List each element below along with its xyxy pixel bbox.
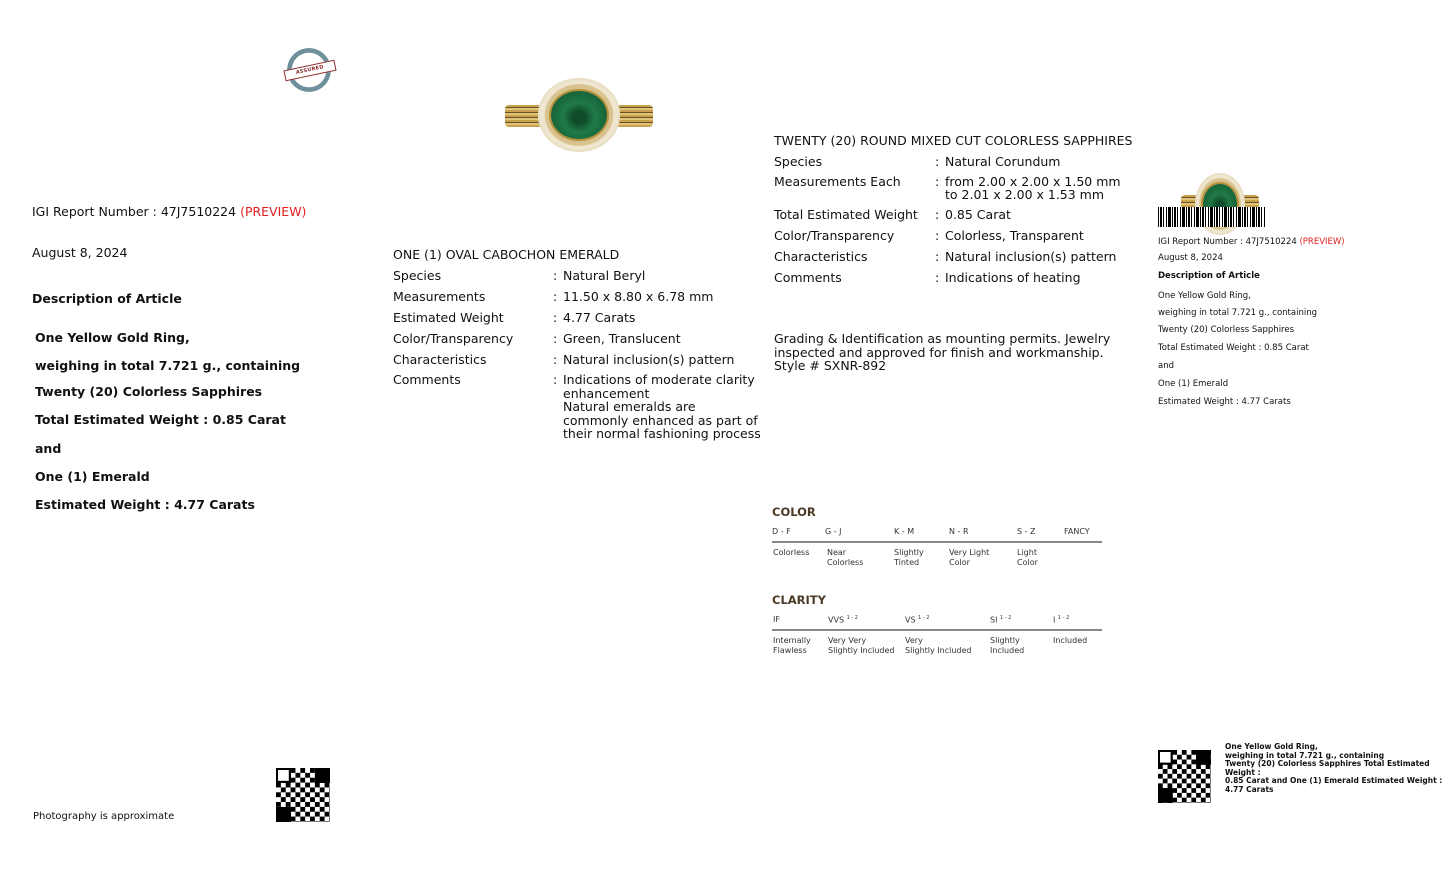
spec-value: Natural inclusion(s) pattern xyxy=(945,249,1116,264)
spec-label: Comments xyxy=(774,270,935,285)
spec-row: Characteristics:Natural inclusion(s) pat… xyxy=(774,249,1132,264)
spec-value: Green, Translucent xyxy=(563,331,681,346)
spec-value: Indications of moderate clarity enhancem… xyxy=(563,373,761,441)
desc-line: One (1) Emerald xyxy=(35,469,150,484)
grading-note: Grading & Identification as mounting per… xyxy=(774,332,1110,373)
spec-label: Measurements Each xyxy=(774,175,935,201)
color-grade: FANCY xyxy=(1064,527,1090,536)
spec-label: Characteristics xyxy=(393,352,553,367)
spec-row: Total Estimated Weight:0.85 Carat xyxy=(774,207,1132,222)
desc-line: weighing in total 7.721 g., containing xyxy=(35,358,300,373)
clarity-scale: CLARITY IF VVS 1 - 2 VS 1 - 2 SI 1 - 2 I… xyxy=(772,593,1102,662)
spec-value: Natural inclusion(s) pattern xyxy=(563,352,734,367)
color-grade: G - J xyxy=(825,527,842,536)
summary-line: weighing in total 7.721 g., containing xyxy=(1158,308,1317,318)
qr-code-icon xyxy=(276,768,330,822)
spec-value: Indications of heating xyxy=(945,270,1081,285)
spec-label: Characteristics xyxy=(774,249,935,264)
spec-label: Color/Transparency xyxy=(393,331,553,346)
clarity-scale-heading: CLARITY xyxy=(772,593,1102,607)
spec-row: Color/Transparency:Green, Translucent xyxy=(393,331,761,346)
spec-value: Natural Corundum xyxy=(945,154,1060,169)
clarity-desc: Very Slightly Included xyxy=(905,636,972,656)
clarity-descriptions: Internally Flawless Very Very Slightly I… xyxy=(772,636,1102,662)
emerald-title: ONE (1) OVAL CABOCHON EMERALD xyxy=(393,247,761,262)
desc-line: One Yellow Gold Ring, xyxy=(35,330,190,345)
spec-label: Estimated Weight xyxy=(393,310,553,325)
spec-label: Color/Transparency xyxy=(774,228,935,243)
emerald-stone xyxy=(551,91,607,140)
desc-line: Total Estimated Weight : 0.85 Carat xyxy=(35,412,286,427)
spec-value: 0.85 Carat xyxy=(945,207,1011,222)
color-grades: D - F G - J K - M N - R S - Z FANCY xyxy=(772,527,1102,543)
color-grade: N - R xyxy=(949,527,969,536)
spec-row: Comments:Indications of moderate clarity… xyxy=(393,373,761,441)
summary-qr-code-icon xyxy=(1158,750,1211,803)
summary-line: and xyxy=(1158,361,1174,371)
retail-assured-quality-seal: ASSURED xyxy=(287,48,331,92)
spec-row: Species:Natural Beryl xyxy=(393,268,761,283)
color-desc: Very Light Color xyxy=(949,548,989,568)
color-scale: COLOR D - F G - J K - M N - R S - Z FANC… xyxy=(772,505,1102,574)
summary-date: August 8, 2024 xyxy=(1158,253,1223,263)
color-desc: Colorless xyxy=(773,548,809,558)
spec-row: Comments:Indications of heating xyxy=(774,270,1132,285)
summary-preview-badge: (PREVIEW) xyxy=(1299,237,1344,247)
color-desc: Light Color xyxy=(1017,548,1038,568)
spec-row: Species:Natural Corundum xyxy=(774,154,1132,169)
summary-line: Estimated Weight : 4.77 Carats xyxy=(1158,397,1291,407)
summary-line: Twenty (20) Colorless Sapphires xyxy=(1158,325,1294,335)
summary-report-label: IGI Report Number : 47J7510224 xyxy=(1158,237,1297,247)
clarity-grade: VVS 1 - 2 xyxy=(828,615,858,625)
spec-row: Measurements:11.50 x 8.80 x 6.78 mm xyxy=(393,289,761,304)
clarity-grade: SI 1 - 2 xyxy=(990,615,1011,625)
spec-value: from 2.00 x 2.00 x 1.50 mm to 2.01 x 2.0… xyxy=(945,175,1121,201)
clarity-desc: Internally Flawless xyxy=(773,636,811,656)
clarity-grade: VS 1 - 2 xyxy=(905,615,929,625)
color-scale-heading: COLOR xyxy=(772,505,1102,519)
clarity-desc: Slightly Included xyxy=(990,636,1024,656)
summary-line: Total Estimated Weight : 0.85 Carat xyxy=(1158,343,1309,353)
spec-row: Measurements Each:from 2.00 x 2.00 x 1.5… xyxy=(774,175,1132,201)
spec-value: 11.50 x 8.80 x 6.78 mm xyxy=(563,289,713,304)
spec-label: Species xyxy=(393,268,553,283)
description-heading: Description of Article xyxy=(32,291,182,306)
summary-line: One Yellow Gold Ring, xyxy=(1158,291,1251,301)
photo-note: Photography is approximate xyxy=(33,811,174,822)
clarity-desc: Very Very Slightly Included xyxy=(828,636,895,656)
clarity-grade: I 1 - 2 xyxy=(1053,615,1069,625)
color-grade: S - Z xyxy=(1017,527,1036,536)
spec-row: Estimated Weight:4.77 Carats xyxy=(393,310,761,325)
sapphire-title: TWENTY (20) ROUND MIXED CUT COLORLESS SA… xyxy=(774,133,1132,148)
report-date: August 8, 2024 xyxy=(32,245,127,260)
spec-label: Species xyxy=(774,154,935,169)
emerald-spec-table: ONE (1) OVAL CABOCHON EMERALD Species:Na… xyxy=(393,247,761,447)
spec-value: Colorless, Transparent xyxy=(945,228,1084,243)
report-number-label: IGI Report Number : 47J7510224 xyxy=(32,204,236,219)
clarity-grades: IF VVS 1 - 2 VS 1 - 2 SI 1 - 2 I 1 - 2 xyxy=(772,615,1102,631)
summary-report-number: IGI Report Number : 47J7510224 (PREVIEW) xyxy=(1158,237,1345,247)
spec-label: Total Estimated Weight xyxy=(774,207,935,222)
preview-badge: (PREVIEW) xyxy=(240,204,306,219)
summary-qr-caption: One Yellow Gold Ring, weighing in total … xyxy=(1225,743,1445,794)
color-grade: D - F xyxy=(772,527,791,536)
summary-line: One (1) Emerald xyxy=(1158,379,1228,389)
desc-line: Twenty (20) Colorless Sapphires xyxy=(35,384,262,399)
clarity-grade: IF xyxy=(773,615,780,624)
sapphire-spec-table: TWENTY (20) ROUND MIXED CUT COLORLESS SA… xyxy=(774,133,1132,291)
barcode-icon xyxy=(1158,207,1266,227)
ring-photo xyxy=(505,78,653,152)
color-descriptions: Colorless Near Colorless Slightly Tinted… xyxy=(772,548,1102,574)
color-grade: K - M xyxy=(894,527,914,536)
color-desc: Slightly Tinted xyxy=(894,548,924,568)
seal-band: ASSURED xyxy=(283,60,336,82)
color-desc: Near Colorless xyxy=(827,548,863,568)
desc-line: Estimated Weight : 4.77 Carats xyxy=(35,497,255,512)
clarity-desc: Included xyxy=(1053,636,1087,646)
summary-heading: Description of Article xyxy=(1158,271,1260,281)
spec-label: Measurements xyxy=(393,289,553,304)
spec-value: Natural Beryl xyxy=(563,268,645,283)
desc-line: and xyxy=(35,441,61,456)
spec-label: Comments xyxy=(393,373,553,441)
report-number: IGI Report Number : 47J7510224 (PREVIEW) xyxy=(32,204,306,219)
spec-row: Characteristics:Natural inclusion(s) pat… xyxy=(393,352,761,367)
spec-row: Color/Transparency:Colorless, Transparen… xyxy=(774,228,1132,243)
spec-value: 4.77 Carats xyxy=(563,310,635,325)
